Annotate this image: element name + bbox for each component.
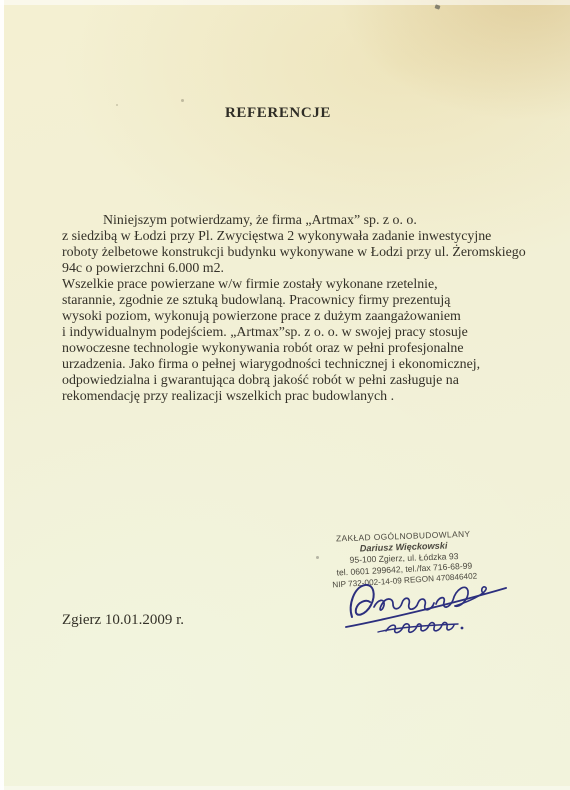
scan-edge-bottom [0, 786, 570, 790]
handwritten-signature [338, 575, 528, 641]
body-line: wysoki poziom, wykonują powierzone prace… [62, 309, 526, 325]
body-line: starannie, zgodnie ze sztuką budowlaną. … [62, 293, 526, 309]
scan-artifact [434, 4, 440, 9]
scan-artifact [181, 99, 184, 102]
scanned-letter-page: REFERENCJE Niniejszym potwierdzamy, że f… [0, 0, 570, 790]
body-line: odpowiedzialna i gwarantująca dobrą jako… [62, 373, 526, 389]
body-line: rekomendację przy realizacji wszelkich p… [62, 389, 526, 405]
letter-body: Niniejszym potwierdzamy, że firma „Artma… [62, 213, 526, 405]
body-line: nowoczesne technologie wykonywania robót… [62, 341, 526, 357]
body-line: i indywidualnym podejściem. „Artmax”sp. … [62, 325, 526, 341]
body-line: Wszelkie prace powierzane w/w firmie zos… [62, 277, 526, 293]
body-line: roboty żelbetowe konstrukcji budynku wyk… [62, 245, 526, 261]
date-line: Zgierz 10.01.2009 r. [62, 612, 184, 629]
body-line: urzadzenia. Jako firma o pełnej wiarygod… [62, 357, 526, 373]
body-line: z siedzibą w Łodzi przy Pl. Zwycięstwa 2… [62, 229, 526, 245]
scan-edge-top [0, 0, 570, 5]
document-title: REFERENCJE [0, 105, 556, 122]
body-line: 94c o powierzchni 6.000 m2. [62, 261, 526, 277]
body-line: Niniejszym potwierdzamy, że firma „Artma… [62, 213, 526, 229]
